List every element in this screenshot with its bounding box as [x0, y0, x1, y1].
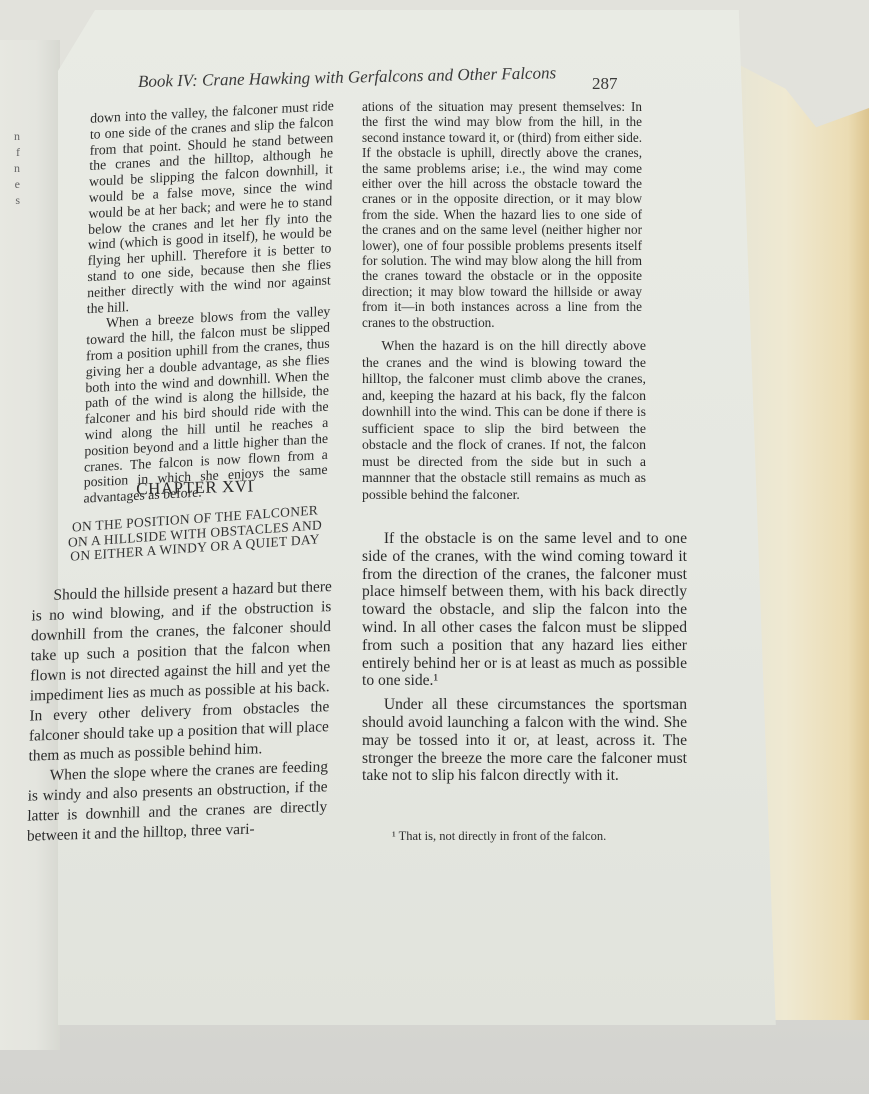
paragraph: When the slope where the cranes are feed…	[27, 757, 329, 847]
page-content: Book IV: Crane Hawking with Gerfalcons a…	[0, 0, 869, 1094]
chapter-heading: CHAPTER XVI ON THE POSITION OF THE FALCO…	[60, 478, 330, 556]
right-column-top: ations of the situation may present them…	[362, 99, 642, 330]
paragraph: Should the hillside present a hazard but…	[28, 577, 332, 767]
paragraph: Under all these circumstances the sports…	[362, 696, 687, 785]
left-column-top: down into the valley, the falconer must …	[83, 98, 334, 507]
paragraph: down into the valley, the falconer must …	[87, 98, 334, 317]
right-column-bottom: If the obstacle is on the same level and…	[362, 530, 687, 785]
left-column-bottom: Should the hillside present a hazard but…	[27, 577, 332, 847]
running-head: Book IV: Crane Hawking with Gerfalcons a…	[138, 62, 608, 92]
paragraph: ations of the situation may present them…	[362, 99, 642, 330]
chapter-subtitle: ON THE POSITION OF THE FALCONER ON A HIL…	[60, 503, 329, 565]
paragraph: If the obstacle is on the same level and…	[362, 530, 687, 690]
right-column-middle: When the hazard is on the hill directly …	[362, 338, 646, 503]
paragraph: When the hazard is on the hill directly …	[362, 338, 646, 503]
chapter-title: CHAPTER XVI	[60, 474, 330, 501]
footnote: ¹ That is, not directly in front of the …	[392, 829, 606, 844]
page-number: 287	[592, 74, 618, 94]
